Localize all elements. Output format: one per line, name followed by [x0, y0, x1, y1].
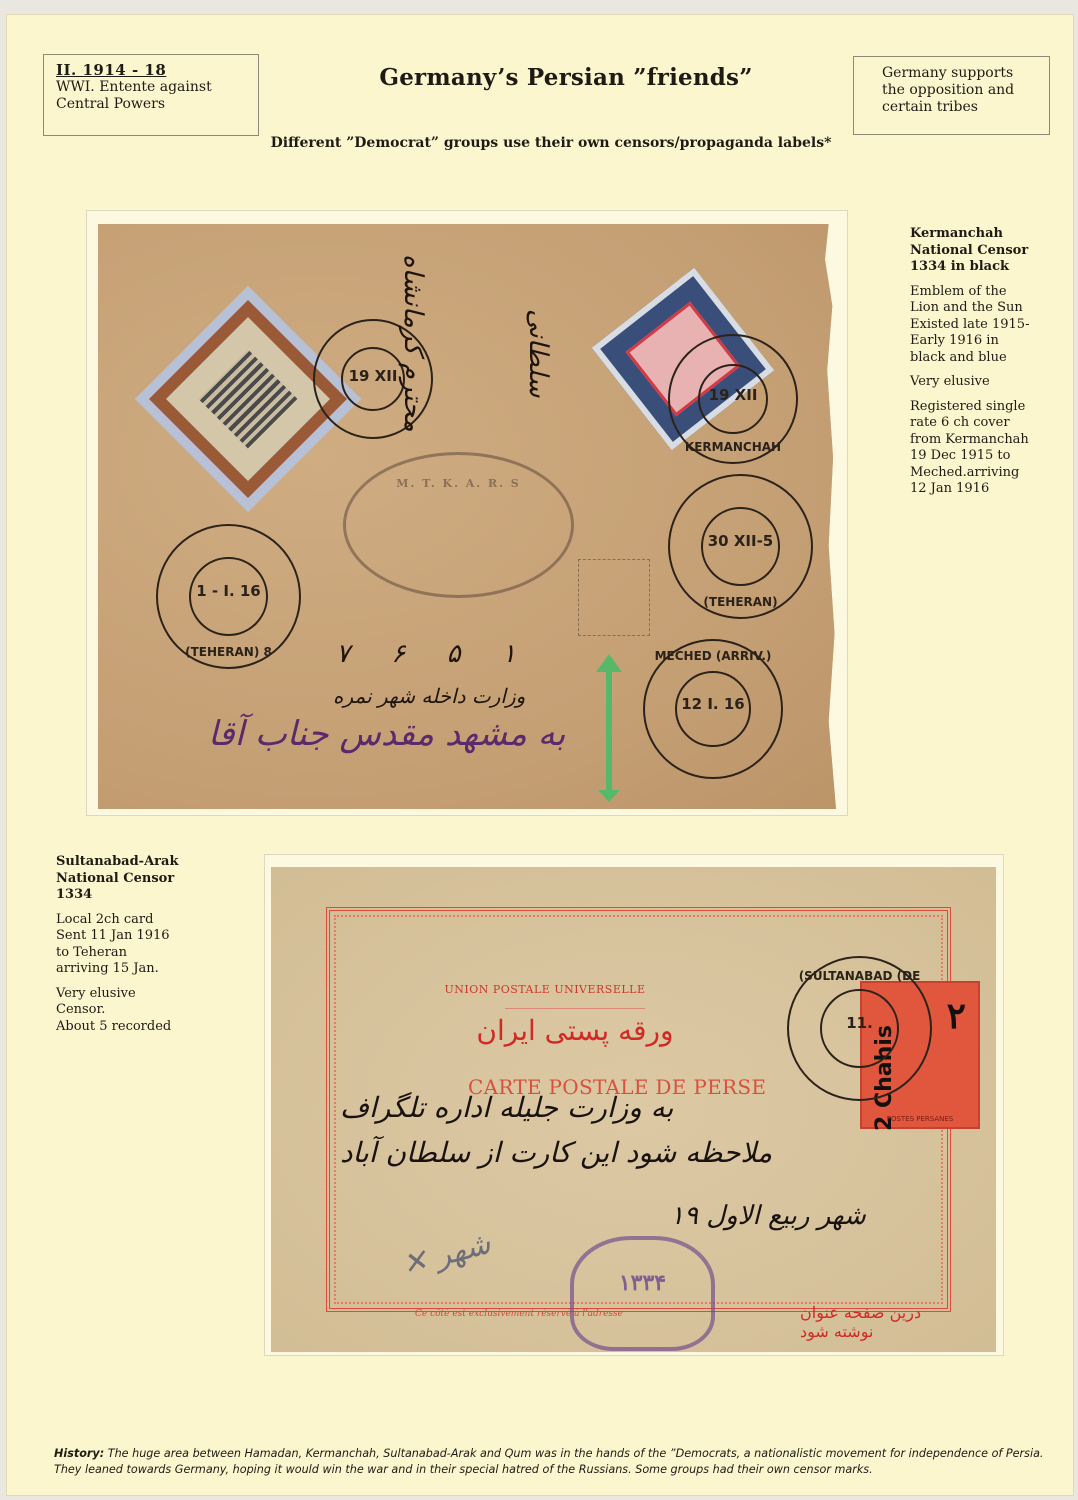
- caption-line: 19 Dec 1915 to: [910, 448, 1010, 463]
- page-subtitle: Different ”Democrat” groups use their ow…: [156, 135, 946, 151]
- caption-line: from Kermanchah: [910, 432, 1029, 447]
- card-caption-heading: Sultanabad-Arak National Censor 1334: [56, 854, 206, 904]
- heading-line: 1334: [56, 887, 206, 904]
- postmark-meched: 12 I. 16 MECHED (ARRIV.): [643, 639, 783, 779]
- caption-line: 12 Jan 1916: [910, 481, 989, 496]
- history-text: The huge area between Hamadan, Kermancha…: [54, 1447, 1044, 1476]
- handwriting-address-1: ﻣﺤﺘﺮﻡ ﮐﺮﻣﺎﻧﺸﺎﻩ: [398, 254, 428, 432]
- postmark-teheran-1: 1 - I. 16 (TEHERAN) 8: [156, 524, 301, 669]
- postmark-kermanchah-2: 19 XII KERMANCHAH: [668, 334, 798, 464]
- caption-line: Early 1916 in: [910, 333, 999, 348]
- exhibit-page: II. 1914 - 18 WWI. Entente against Centr…: [6, 14, 1074, 1496]
- heading-line: National Censor: [910, 243, 1060, 260]
- caption-line: Sent 11 Jan 1916: [56, 928, 170, 943]
- caption-line: Meched.arriving: [910, 465, 1019, 480]
- kermanchah-censor-mark: [578, 559, 650, 636]
- note-box: Germany supports the opposition and cert…: [853, 56, 1050, 135]
- era-text-line1: WWI. Entente against: [56, 79, 246, 96]
- caption-line: rate 6 ch cover: [910, 415, 1010, 430]
- caption-line: Existed late 1915-: [910, 317, 1029, 332]
- era-text-line2: Central Powers: [56, 96, 246, 113]
- address-side-note: Ce côté est exclusivement réservé à l'ad…: [415, 1309, 623, 1319]
- postmark-town: (TEHERAN): [670, 595, 811, 609]
- censor-year: ۱۳۳۴: [574, 1270, 711, 1296]
- caption-para2: Very elusive: [910, 374, 1060, 391]
- note-line2: the opposition and: [882, 82, 1021, 99]
- postmark-sultanabad: 11. (SULTANABAD (DE: [787, 956, 932, 1101]
- cover-caption-heading: Kermanchah National Censor 1334 in black: [910, 226, 1060, 276]
- indicia-text: POSTES PERSANES: [862, 1115, 978, 1123]
- caption-line: arriving 15 Jan.: [56, 961, 159, 976]
- caption-line: Emblem of the: [910, 284, 1007, 299]
- caption-para2: Very elusive Censor. About 5 recorded: [56, 986, 206, 1036]
- caption-para3: Registered single rate 6 ch cover from K…: [910, 399, 1060, 498]
- history-note: History: The huge area between Hamadan, …: [54, 1446, 1059, 1477]
- postmark-town: KERMANCHAH: [670, 440, 796, 454]
- heading-line: 1334 in black: [910, 259, 1060, 276]
- postmark-town: (SULTANABAD (DE: [789, 969, 930, 983]
- postmark-date: 1 - I. 16: [158, 582, 299, 600]
- persian-address-note: درین صفحه عنوان نوشته شود: [800, 1303, 947, 1341]
- sultanabad-censor-mark: ۱۳۳۴: [570, 1236, 715, 1351]
- caption-line: Lion and the Sun: [910, 300, 1023, 315]
- upu-heading: UNION POSTALE UNIVERSELLE: [330, 983, 760, 996]
- caption-line: black and blue: [910, 350, 1007, 365]
- postmark-teheran-2: 30 XII-5 (TEHERAN): [668, 474, 813, 619]
- era-box: II. 1914 - 18 WWI. Entente against Centr…: [43, 54, 259, 136]
- heading-line: Kermanchah: [910, 226, 1060, 243]
- green-arrow-marking: [606, 664, 612, 796]
- history-label: History:: [54, 1447, 104, 1460]
- persian-overprint: ۲: [947, 995, 966, 1037]
- oval-censor-mark: M. T. K. A. R. S: [343, 452, 574, 598]
- caption-line: About 5 recorded: [56, 1019, 171, 1034]
- page-title: Germany’s Persian ”friends”: [306, 64, 826, 91]
- handwriting-address-2: ﺳﻠﻄﺎﻧﯽ: [523, 309, 553, 398]
- caption-para1: Emblem of the Lion and the Sun Existed l…: [910, 284, 1060, 367]
- caption-line: Registered single: [910, 399, 1025, 414]
- handwriting-line-2: ﻣﻼﺣﻈﻪ ﺷﻮﺩ ﺍﻳﻦ ﮐﺎﺭﺕ ﺍﺯ ﺳﻠﻄﺎﻥ ﺁﺑﺎﺩ: [340, 1136, 772, 1169]
- postmark-date: 12 I. 16: [645, 695, 781, 713]
- handwriting-line-violet: ﺑﻪ ﻣﺸﻬﺪ ﻣﻘﺪﺱ ﺟﻨﺎﺏ ﺁﻗﺎ: [208, 714, 565, 754]
- postmark-town: (TEHERAN) 8: [158, 645, 299, 659]
- handwriting-numerals: ۷ ۶ ۵ ۱: [336, 639, 516, 669]
- caption-line: Local 2ch card: [56, 912, 153, 927]
- stamp-vignette: [166, 317, 330, 481]
- heading-line: Sultanabad-Arak: [56, 854, 206, 871]
- upu-rule: [505, 1008, 645, 1009]
- registered-cover: 19 XII 19 XII KERMANCHAH 1 - I. 16 (TEHE…: [98, 224, 836, 809]
- persian-card-title: ورقه پستی ایران: [330, 1014, 820, 1047]
- handwriting-date: ۱۹ ﺷﻬﺮ ﺭﺑﻴﻊ ﺍﻻﻭﻝ: [670, 1201, 866, 1231]
- cover-caption: Kermanchah National Censor 1334 in black…: [910, 226, 1060, 506]
- handwriting-line-black: ﻭﺯﺍﺭﺕ ﺩﺍﺧﻠﻪ ﺷﻬﺮ ﻧﻤﺮﻩ: [333, 684, 525, 708]
- card-caption: Sultanabad-Arak National Censor 1334 Loc…: [56, 854, 206, 1043]
- note-line3: certain tribes: [882, 99, 1021, 116]
- caption-line: Censor.: [56, 1002, 105, 1017]
- caption-line: Very elusive: [56, 986, 136, 1001]
- caption-para1: Local 2ch card Sent 11 Jan 1916 to Teher…: [56, 912, 206, 978]
- handwriting-line-1: ﺑﻪ ﻭﺯﺍﺭﺕ ﺟﻠﻴﻠﻪ ﺍﺩﺍﺭﻩ ﺗﻠﮕﺮﺍﻑ: [340, 1091, 673, 1124]
- oval-censor-text: M. T. K. A. R. S: [346, 477, 571, 490]
- note-line1: Germany supports: [882, 65, 1021, 82]
- era-label: II. 1914 - 18: [56, 61, 246, 79]
- postmark-date: 19 XII: [670, 386, 796, 404]
- postal-card: UNION POSTALE UNIVERSELLE ورقه پستی ایرا…: [271, 867, 996, 1352]
- postmark-town: MECHED (ARRIV.): [645, 649, 781, 663]
- heading-line: National Censor: [56, 871, 206, 888]
- postmark-date: 30 XII-5: [670, 532, 811, 550]
- caption-line: to Teheran: [56, 945, 127, 960]
- postmark-date: 11.: [789, 1014, 930, 1032]
